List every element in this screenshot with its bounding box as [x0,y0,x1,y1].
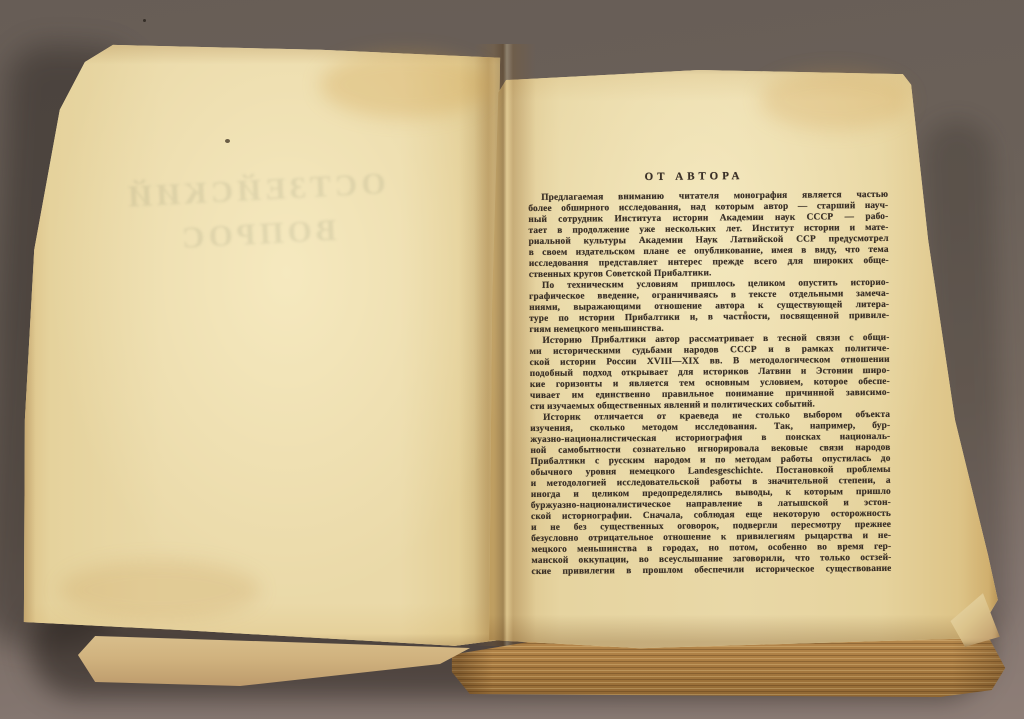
book-left-page: ОСТЗЕЙСКИЙ ВОПРОС [16,40,508,652]
preface-paragraphs: Предлагаемая вниманию читателя монографи… [528,190,891,578]
paper-stain [60,560,260,620]
paper-stain [760,70,910,130]
paper-speck [744,311,747,314]
paper-stain [320,52,490,118]
paragraph: Историю Прибалтики автор рассматривает в… [529,333,890,413]
text-line: ские привилегии в прошлом обеспечили ист… [531,564,891,578]
preface-text: ОТ АВТОРА Предлагаемая вниманию читателя… [528,169,892,578]
paper-speck [143,19,146,22]
photo-backdrop: ОСТЗЕЙСКИЙ ВОПРОС ОТ АВТОРА Предлагаемая… [0,0,1024,719]
preface-heading: ОТ АВТОРА [528,169,860,184]
show-through-text: ОСТЗЕЙСКИЙ ВОПРОС [104,160,408,264]
paragraph: Предлагаемая вниманию читателя монографи… [528,190,889,281]
paragraph: Историк отличается от краеведа не стольк… [530,410,891,578]
paper-speck [225,139,230,143]
paragraph: По техническим условиям пришлось целиком… [529,278,889,336]
